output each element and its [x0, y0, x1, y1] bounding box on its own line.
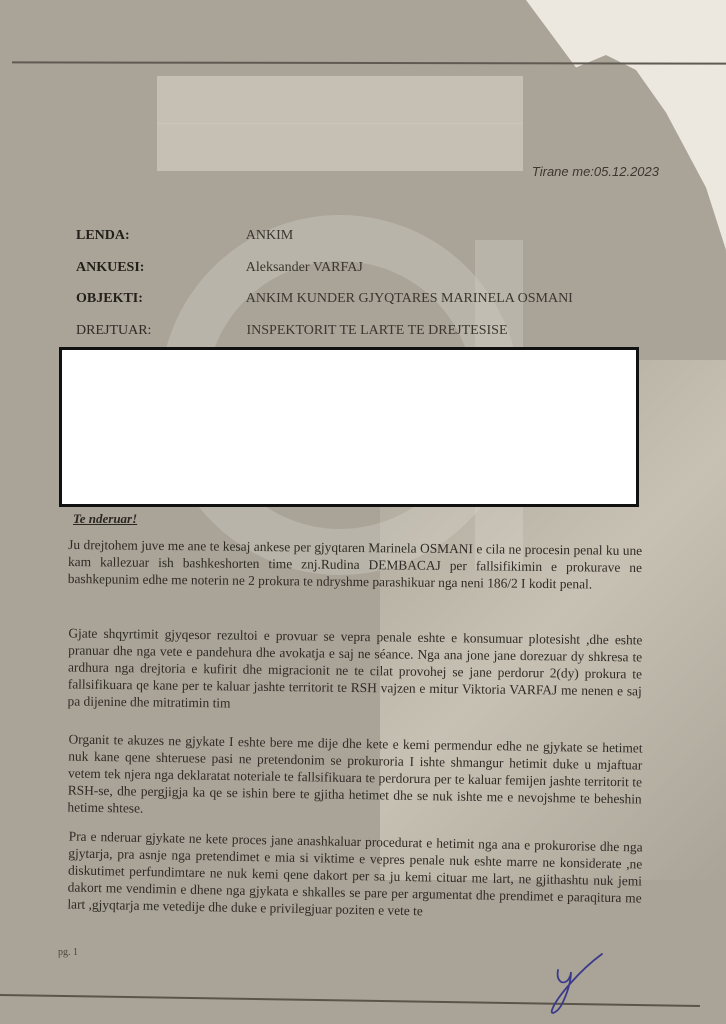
- field-value: Aleksander VARFAJ: [246, 260, 363, 275]
- redacted-block: [59, 347, 639, 507]
- signature-icon: [540, 950, 610, 1020]
- field-value: INSPEKTORIT TE LARTE TE DREJTESISE: [247, 323, 508, 338]
- body-paragraph: Pra e nderuar gjykate ne kete proces jan…: [67, 827, 643, 923]
- body-paragraph: Gjate shqyrtimit gjyqesor rezultoi e pro…: [68, 624, 643, 716]
- field-value: ANKIM: [246, 228, 293, 243]
- watermark-logo-bar: [157, 76, 523, 124]
- field-label: ANKUESI:: [76, 260, 243, 276]
- document-date: Tirane me:05.12.2023: [532, 164, 659, 179]
- header-field-addressed-to: DREJTUAR: INSPEKTORIT TE LARTE TE DREJTE…: [76, 323, 508, 339]
- field-label: LENDA:: [76, 228, 243, 244]
- header-field-object: OBJEKTI: ANKIM KUNDER GJYQTARES MARINELA…: [76, 291, 573, 307]
- header-field-complainant: ANKUESI: Aleksander VARFAJ: [76, 260, 363, 276]
- body-paragraph: Organit te akuzes ne gjykate I eshte ber…: [67, 730, 642, 824]
- body-paragraph: Ju drejtohem juve me ane te kesaj ankese…: [68, 536, 643, 593]
- field-value: ANKIM KUNDER GJYQTARES MARINELA OSMANI: [246, 291, 573, 306]
- salutation: Te nderuar!: [73, 511, 137, 527]
- header-field-subject: LENDA: ANKIM: [76, 228, 293, 244]
- page-number: pg. 1: [58, 947, 78, 958]
- watermark-logo-bar: [157, 123, 523, 171]
- field-label: DREJTUAR:: [76, 323, 243, 339]
- field-label: OBJEKTI:: [76, 291, 243, 307]
